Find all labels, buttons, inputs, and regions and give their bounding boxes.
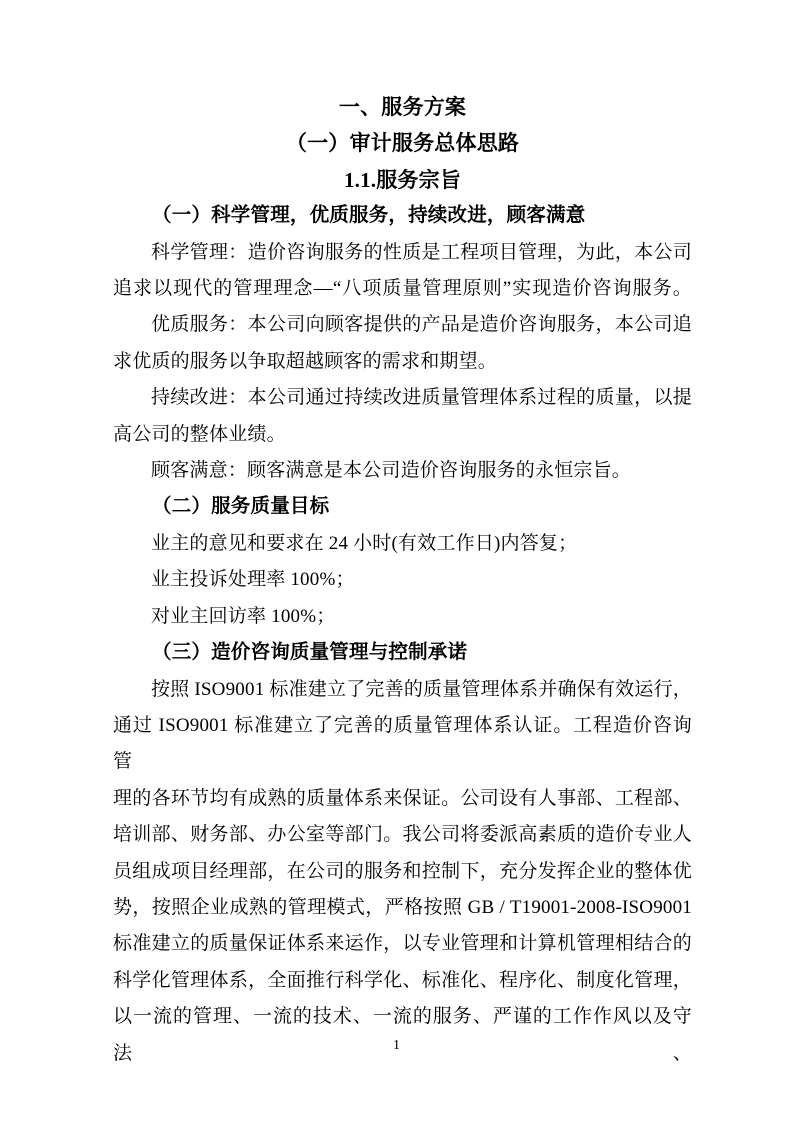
heading-line: （三）造价咨询质量管理与控制承诺 xyxy=(113,635,692,671)
paragraph-line: 高公司的整体业绩。 xyxy=(113,417,692,453)
page-footer: 1 xyxy=(0,1036,793,1056)
paragraph-line: 科学化管理体系，全面推行科学化、标准化、程序化、制度化管理， xyxy=(113,963,692,999)
paragraph-line: 持续改进：本公司通过持续改进质量管理体系过程的质量，以提 xyxy=(113,380,692,416)
page-number: 1 xyxy=(393,1038,400,1053)
paragraph-line: 业主的意见和要求在 24 小时(有效工作日)内答复； xyxy=(113,526,692,562)
heading-line: 一、服务方案 xyxy=(113,89,692,125)
paragraph-line: 对业主回访率 100%； xyxy=(113,599,692,635)
paragraph-line: 标准建立的质量保证体系来运作，以专业管理和计算机管理相结合的 xyxy=(113,926,692,962)
paragraph-line: 按照 ISO9001 标准建立了完善的质量管理体系并确保有效运行， xyxy=(113,672,692,708)
paragraph-line: 员组成项目经理部，在公司的服务和控制下，充分发挥企业的整体优 xyxy=(113,854,692,890)
paragraph-line: 顾客满意：顾客满意是本公司造价咨询服务的永恒宗旨。 xyxy=(113,453,692,489)
paragraph-line: 通过 ISO9001 标准建立了完善的质量管理体系认证。工程造价咨询管 xyxy=(113,708,692,781)
document-content: 一、服务方案（一）审计服务总体思路1.1.服务宗旨（一）科学管理，优质服务，持续… xyxy=(113,89,692,1072)
paragraph-line: 科学管理：造价咨询服务的性质是工程项目管理，为此，本公司 xyxy=(113,235,692,271)
paragraph-line: 追求以现代的管理理念—“八项质量管理原则”实现造价咨询服务。 xyxy=(113,271,692,307)
paragraph-line: 优质服务：本公司向顾客提供的产品是造价咨询服务，本公司追 xyxy=(113,307,692,343)
document-page: 一、服务方案（一）审计服务总体思路1.1.服务宗旨（一）科学管理，优质服务，持续… xyxy=(0,0,793,1122)
paragraph-line: 理的各环节均有成熟的质量体系来保证。公司设有人事部、工程部、 xyxy=(113,781,692,817)
heading-line: （一）科学管理，优质服务，持续改进，顾客满意 xyxy=(113,198,692,234)
heading-line: （二）服务质量目标 xyxy=(113,489,692,525)
paragraph-line: 势，按照企业成熟的管理模式，严格按照 GB / T19001-2008-ISO9… xyxy=(113,890,692,926)
heading-line: 1.1.服务宗旨 xyxy=(113,162,692,198)
paragraph-line: 培训部、财务部、办公室等部门。我公司将委派高素质的造价专业人 xyxy=(113,817,692,853)
paragraph-line: 业主投诉处理率 100%； xyxy=(113,562,692,598)
paragraph-line: 求优质的服务以争取超越顾客的需求和期望。 xyxy=(113,344,692,380)
heading-line: （一）审计服务总体思路 xyxy=(113,125,692,161)
